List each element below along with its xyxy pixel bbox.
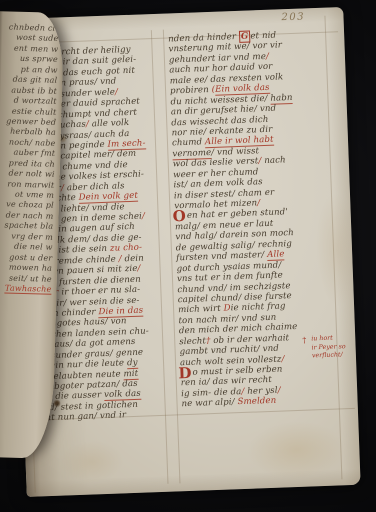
facing-page-line: Tawhasche [0,280,52,292]
text-segment: iu hort [311,335,333,343]
facing-page-line: spachet bla [0,217,53,229]
text-segment: / [142,211,145,221]
text-segment: zu cho- [110,243,142,254]
text-segment: / [115,87,118,97]
text-segment: slecht [179,336,206,347]
manuscript-photo: 203 gotes worcht der heiligyhaus/ da ir … [0,0,376,512]
text-segment: verflucht/ [312,351,343,359]
text-segment: habn [270,93,293,105]
facing-page-line: mowen ha [0,259,52,271]
margin-annotation-lines: iu hortir Peyer soverflucht/ [311,334,358,361]
text-segment: dein [122,253,145,264]
text-segment: / [257,198,260,208]
text-segment: / [266,52,269,62]
text-segment: Tawhasche [5,283,52,294]
text-segment: ir Peyer so [311,343,345,351]
text-segment: chumd [172,138,205,149]
text-segment: ie nicht frag [231,302,286,314]
parchment-stain [59,439,124,483]
facing-page-line: ron marwit [0,176,55,188]
rubricated-initial: D [178,369,191,378]
margin-note-line: verflucht/ [312,351,358,361]
text-segment: / [277,385,280,395]
margin-annotation: † iu hortir Peyer soverflucht/ [311,334,358,361]
margin-cross-icon: † [302,337,306,346]
text-segment: dy [127,358,138,369]
text-segment: ne war alpi/ [181,397,237,409]
text-segment: nach [261,156,286,167]
text-segment: her ysl [244,386,278,397]
text-segment: / [137,264,140,274]
facing-page-line: noch/ nabe [0,134,56,146]
rubricated-initial: O [173,212,187,221]
parchment-stain [246,419,346,481]
folio-number: 203 [281,12,305,23]
text-segment: / [281,354,284,364]
facing-page-line: chnbedn clt [0,19,59,31]
text-segment: Smelden [237,396,276,407]
facing-page-text: chnbedn cltwost sudeent men wus sprwept … [0,19,59,292]
text-segment: et nid [250,31,276,42]
facing-page-line: genwer bed [0,113,56,125]
